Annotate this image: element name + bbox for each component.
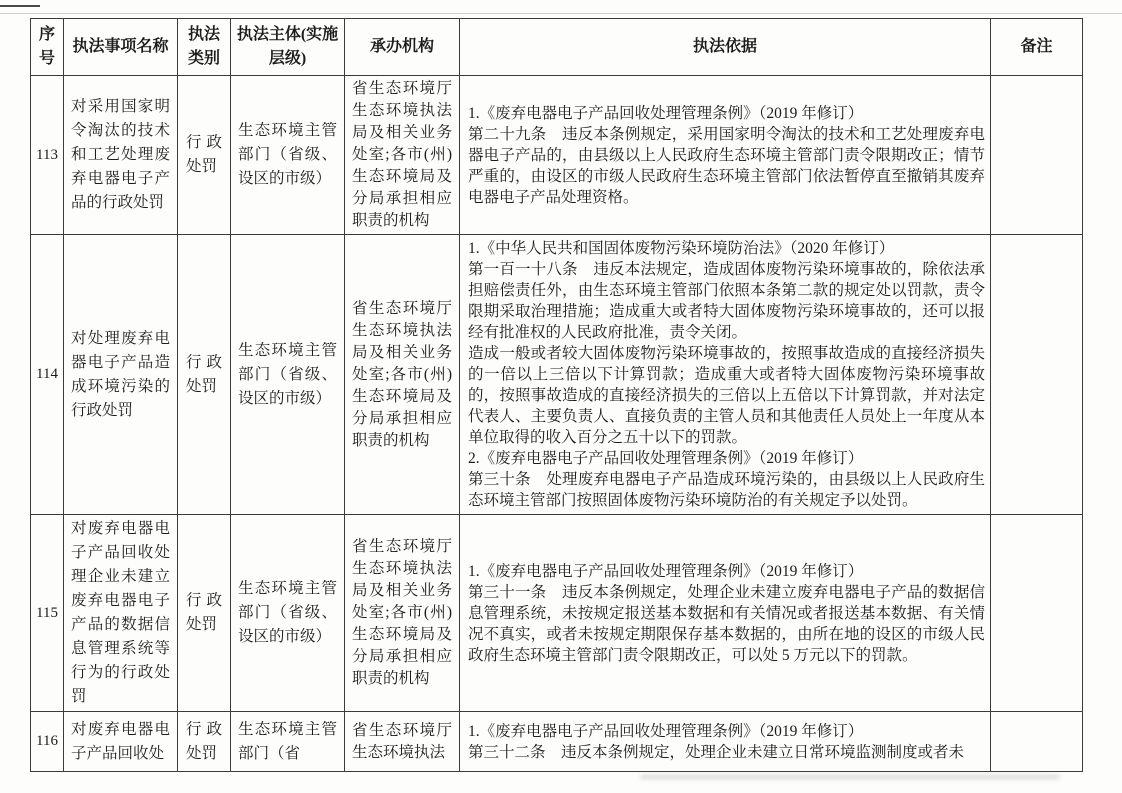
cell-matter-name: 对废弃电器电子产品回收处理企业未建立废弃电器电子产品的数据信息管理系统等行为的行… — [64, 515, 178, 712]
col-header-remark: 备注 — [991, 19, 1083, 76]
table-row-115: 115 对废弃电器电子产品回收处理企业未建立废弃电器电子产品的数据信息管理系统等… — [31, 515, 1083, 712]
cell-remark — [991, 712, 1083, 772]
cell-agency: 省生态环境厅生态环境执法局及相关业务处室;各市(州)生态环境局及分局承担相应职责… — [345, 515, 460, 712]
cell-basis: 1.《中华人民共和国固体废物污染环境防治法》（2020 年修订） 第一百一十八条… — [460, 235, 991, 515]
basis-paragraph: 第二十九条 违反本条例规定，采用国家明令淘汰的技术和工艺处理废弃电器电子产品的，… — [468, 124, 985, 208]
cell-subject: 生态环境主管部门（省级、设区的市级） — [231, 76, 345, 235]
cell-agency: 省生态环境厅生态环境执法 — [345, 712, 460, 772]
scan-corner-mark — [0, 5, 40, 7]
document-page: 序号 执法事项名称 执法类别 执法主体(实施层级) 承办机构 执法依据 备注 1… — [0, 0, 1122, 793]
cell-remark — [991, 515, 1083, 712]
cell-category: 行政处罚 — [178, 515, 231, 712]
cell-category: 行政处罚 — [178, 712, 231, 772]
col-header-agency: 承办机构 — [345, 19, 460, 76]
cell-matter-name: 对处理废弃电器电子产品造成环境污染的行政处罚 — [64, 235, 178, 515]
cell-matter-name: 对采用国家明令淘汰的技术和工艺处理废弃电器电子产品的行政处罚 — [64, 76, 178, 235]
table-row-113: 113 对采用国家明令淘汰的技术和工艺处理废弃电器电子产品的行政处罚 行政处罚 … — [31, 76, 1083, 235]
basis-paragraph: 1.《中华人民共和国固体废物污染环境防治法》（2020 年修订） — [468, 238, 985, 259]
table-header-row: 序号 执法事项名称 执法类别 执法主体(实施层级) 承办机构 执法依据 备注 — [31, 19, 1083, 76]
cell-subject: 生态环境主管部门（省级、设区的市级） — [231, 515, 345, 712]
cell-agency: 省生态环境厅生态环境执法局及相关业务处室;各市(州)生态环境局及分局承担相应职责… — [345, 235, 460, 515]
cell-serial: 116 — [31, 712, 64, 772]
cell-serial: 115 — [31, 515, 64, 712]
cell-matter-name: 对废弃电器电子产品回收处 — [64, 712, 178, 772]
table-row-116-cutoff: 116 对废弃电器电子产品回收处 行政处罚 生态环境主管部门（省 省生态环境厅生… — [31, 712, 1083, 772]
enforcement-items-table: 序号 执法事项名称 执法类别 执法主体(实施层级) 承办机构 执法依据 备注 1… — [30, 18, 1083, 772]
col-header-basis: 执法依据 — [460, 19, 991, 76]
cell-category: 行政处罚 — [178, 235, 231, 515]
basis-paragraph: 第三十二条 违反本条例规定，处理企业未建立日常环境监测制度或者未 — [468, 742, 985, 763]
col-header-category: 执法类别 — [178, 19, 231, 76]
cell-subject: 生态环境主管部门（省 — [231, 712, 345, 772]
table-row-114: 114 对处理废弃电器电子产品造成环境污染的行政处罚 行政处罚 生态环境主管部门… — [31, 235, 1083, 515]
scan-top-line — [0, 13, 1122, 14]
basis-paragraph: 第三十条 处理废弃电器电子产品造成环境污染的，由县级以上人民政府生态环境主管部门… — [468, 469, 985, 511]
basis-paragraph: 2.《废弃电器电子产品回收处理管理条例》（2019 年修订） — [468, 448, 985, 469]
basis-paragraph: 造成一般或者较大固体废物污染环境事故的，按照事故造成的直接经济损失的一倍以上三倍… — [468, 343, 985, 448]
cell-basis: 1.《废弃电器电子产品回收处理管理条例》（2019 年修订） 第二十九条 违反本… — [460, 76, 991, 235]
cell-serial: 114 — [31, 235, 64, 515]
cell-remark — [991, 235, 1083, 515]
cell-agency: 省生态环境厅生态环境执法局及相关业务处室;各市(州)生态环境局及分局承担相应职责… — [345, 76, 460, 235]
basis-paragraph: 1.《废弃电器电子产品回收处理管理条例》（2019 年修订） — [468, 103, 985, 124]
cell-remark — [991, 76, 1083, 235]
basis-paragraph: 1.《废弃电器电子产品回收处理管理条例》（2019 年修订） — [468, 721, 985, 742]
basis-paragraph: 第一百一十八条 违反本法规定，造成固体废物污染环境事故的，除依法承担赔偿责任外，… — [468, 259, 985, 343]
cell-serial: 113 — [31, 76, 64, 235]
cell-category: 行政处罚 — [178, 76, 231, 235]
cell-basis: 1.《废弃电器电子产品回收处理管理条例》（2019 年修订） 第三十一条 违反本… — [460, 515, 991, 712]
basis-paragraph: 第三十一条 违反本条例规定，处理企业未建立废弃电器电子产品的数据信息管理系统，未… — [468, 582, 985, 666]
basis-paragraph: 1.《废弃电器电子产品回收处理管理条例》（2019 年修订） — [468, 561, 985, 582]
col-header-subject: 执法主体(实施层级) — [231, 19, 345, 76]
cell-subject: 生态环境主管部门（省级、设区的市级） — [231, 235, 345, 515]
scan-smudge — [640, 775, 1060, 779]
col-header-matter-name: 执法事项名称 — [64, 19, 178, 76]
cell-basis: 1.《废弃电器电子产品回收处理管理条例》（2019 年修订） 第三十二条 违反本… — [460, 712, 991, 772]
col-header-serial: 序号 — [31, 19, 64, 76]
